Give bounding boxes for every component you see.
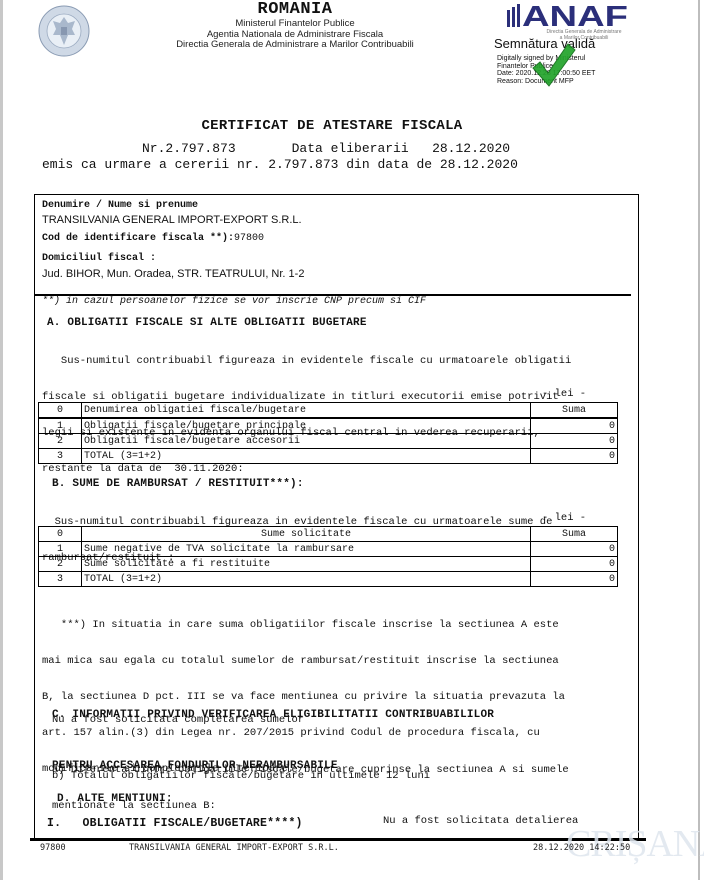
row-sum: 0 bbox=[531, 449, 618, 464]
issuer-header: ROMANIA Ministerul Finantelor Publice Ag… bbox=[150, 0, 440, 51]
section-c-item-b: b) Totalul obligatiilor fiscale/bugetare… bbox=[52, 770, 430, 782]
footer-cif: 97800 bbox=[40, 843, 66, 853]
section-d-item-i-value: Nu a fost solicitata detalierea bbox=[383, 815, 578, 827]
section-d-item-i-label: I. OBLIGATII FISCALE/BUGETARE****) bbox=[47, 817, 303, 830]
row-desc: TOTAL (3=1+2) bbox=[82, 449, 531, 464]
valid-signature-check-icon[interactable] bbox=[530, 40, 576, 88]
certificate-number: 2.797.873 bbox=[165, 141, 235, 156]
romania-mfp-seal-icon bbox=[37, 5, 91, 57]
row-num: 3 bbox=[39, 572, 82, 587]
row-desc: Sume solicitate a fi restituite bbox=[82, 557, 531, 572]
row-num: 1 bbox=[39, 542, 82, 557]
table-row: 3 TOTAL (3=1+2) 0 bbox=[39, 449, 618, 464]
row-num: 3 bbox=[39, 449, 82, 464]
country-name: ROMANIA bbox=[150, 1, 440, 19]
row-desc: Obligatii fiscale/bugetare accesorii bbox=[82, 434, 531, 449]
table-row: 2 Obligatii fiscale/bugetare accesorii 0 bbox=[39, 434, 618, 449]
anaf-logo-icon: ANAF bbox=[505, 2, 631, 28]
section-d-title: D. ALTE MENTIUNI: bbox=[57, 793, 173, 805]
row-sum: 0 bbox=[531, 434, 618, 449]
table-row: 1 Sume negative de TVA solicitate la ram… bbox=[39, 542, 618, 557]
row-num: 1 bbox=[39, 418, 82, 434]
footer-taxpayer-name: TRANSILVANIA GENERAL IMPORT-EXPORT S.R.L… bbox=[129, 843, 339, 853]
name-label: Denumire / Nume si prenume bbox=[42, 200, 198, 211]
table-row: 2 Sume solicitate a fi restituite 0 bbox=[39, 557, 618, 572]
taxpayer-address: Jud. BIHOR, Mun. Oradea, STR. TEATRULUI,… bbox=[42, 268, 304, 280]
taxpayer-name: TRANSILVANIA GENERAL IMPORT-EXPORT S.R.L… bbox=[42, 214, 302, 226]
obligations-table: 0 Denumirea obligatiei fiscale/bugetare … bbox=[38, 402, 618, 464]
certificate-number-line: Nr.2.797.873Data eliberarii 28.12.2020 bbox=[142, 141, 510, 156]
col-desc-header: Sume solicitate bbox=[82, 527, 531, 542]
row-sum: 0 bbox=[531, 418, 618, 434]
currency-unit: - lei - bbox=[542, 388, 586, 400]
paragraph-line: Sus-numitul contribuabil figureaza in ev… bbox=[42, 355, 571, 367]
table-header-row: 0 Denumirea obligatiei fiscale/bugetare … bbox=[39, 403, 618, 419]
row-sum: 0 bbox=[531, 542, 618, 557]
row-desc: Obligatii fiscale/bugetare principale bbox=[82, 418, 531, 434]
table-row: 1 Obligatii fiscale/bugetare principale … bbox=[39, 418, 618, 434]
footer-timestamp: 28.12.2020 14:22:50 bbox=[533, 843, 630, 853]
issue-date: 28.12.2020 bbox=[432, 141, 510, 156]
row-desc: TOTAL (3=1+2) bbox=[82, 572, 531, 587]
row-desc: Sume negative de TVA solicitate la rambu… bbox=[82, 542, 531, 557]
address-label: Domiciliul fiscal : bbox=[42, 253, 156, 264]
request-reference: emis ca urmare a cererii nr. 2.797.873 d… bbox=[42, 157, 518, 172]
certificate-body: Denumire / Nume si prenume TRANSILVANIA … bbox=[34, 194, 639, 839]
col-desc-header: Denumirea obligatiei fiscale/bugetare bbox=[82, 403, 531, 419]
issue-date-label: Data eliberarii bbox=[292, 141, 409, 156]
col-num-header: 0 bbox=[39, 403, 82, 419]
cif-label-row: Cod de identificare fiscala **):97800 bbox=[42, 233, 264, 244]
cnp-footnote: **) in cazul persoanelor fizice se vor i… bbox=[42, 296, 426, 307]
col-sum-header: Suma bbox=[531, 527, 618, 542]
table-header-row: 0 Sume solicitate Suma bbox=[39, 527, 618, 542]
refunds-table: 0 Sume solicitate Suma 1 Sume negative d… bbox=[38, 526, 618, 587]
section-c-status: Nu a fost solicitata completarea sumelor bbox=[52, 714, 304, 726]
svg-text:ANAF: ANAF bbox=[522, 2, 628, 28]
table-row: 3 TOTAL (3=1+2) 0 bbox=[39, 572, 618, 587]
footnote-line: mai mica sau egala cu totalul sumelor de… bbox=[42, 655, 565, 667]
row-sum: 0 bbox=[531, 557, 618, 572]
document-title: CERTIFICAT DE ATESTARE FISCALA bbox=[0, 118, 664, 134]
row-num: 2 bbox=[39, 557, 82, 572]
row-sum: 0 bbox=[531, 572, 618, 587]
row-num: 2 bbox=[39, 434, 82, 449]
footer-rule bbox=[30, 838, 646, 841]
directorate-name: Directia Generala de Administrare a Mari… bbox=[150, 40, 440, 51]
currency-unit: - lei - bbox=[542, 512, 586, 524]
cif-value: 97800 bbox=[234, 233, 264, 244]
col-num-header: 0 bbox=[39, 527, 82, 542]
paragraph-line: restante la data de 30.11.2020: bbox=[42, 463, 571, 475]
footnote-line: ***) In situatia in care suma obligatiil… bbox=[42, 619, 565, 631]
cif-label: Cod de identificare fiscala **): bbox=[42, 233, 234, 244]
page-edge-right bbox=[698, 0, 700, 880]
nr-label: Nr. bbox=[142, 141, 165, 156]
section-a-title: A. OBLIGATII FISCALE SI ALTE OBLIGATII B… bbox=[47, 317, 367, 329]
ministry-name: Ministerul Finantelor Publice bbox=[150, 19, 440, 30]
section-b-title: B. SUME DE RAMBURSAT / RESTITUIT***): bbox=[52, 478, 304, 490]
col-sum-header: Suma bbox=[531, 403, 618, 419]
